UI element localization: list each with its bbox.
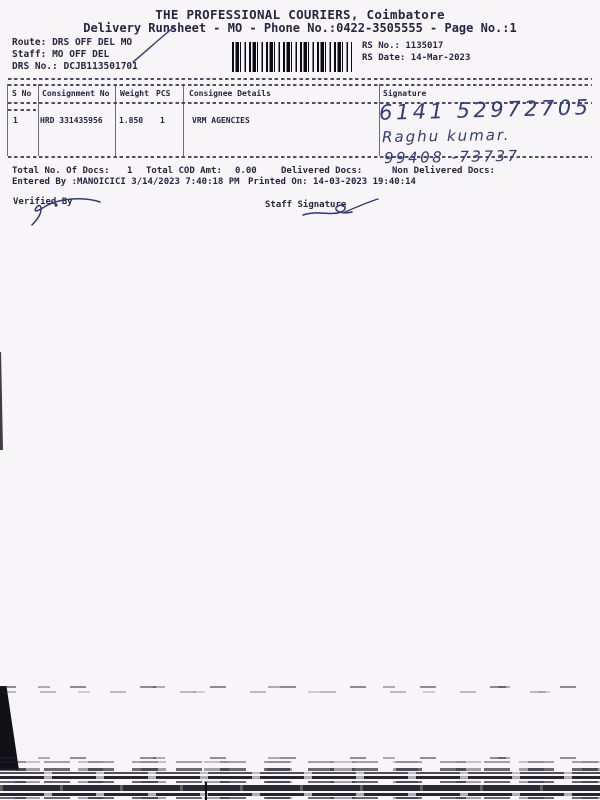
scan-noise-band [0,797,600,799]
scan-noise-tick [205,782,207,800]
scan-noise-band [0,686,600,688]
scan-noise-band [0,793,600,796]
scan-noise-band [0,785,600,791]
scan-noise-band [0,772,600,774]
scan-noise-band [0,761,600,763]
scan-noise-band [0,691,600,693]
delivery-runsheet-scan: THE PROFESSIONAL COURIERS, Coimbatore De… [0,0,600,800]
scan-noise-band [0,776,600,779]
scan-noise-band [0,768,600,771]
staff-signature-scribble [0,0,600,240]
scan-noise-band [0,757,600,759]
scan-edge-sliver [0,352,3,450]
scan-noise-band [0,781,600,783]
